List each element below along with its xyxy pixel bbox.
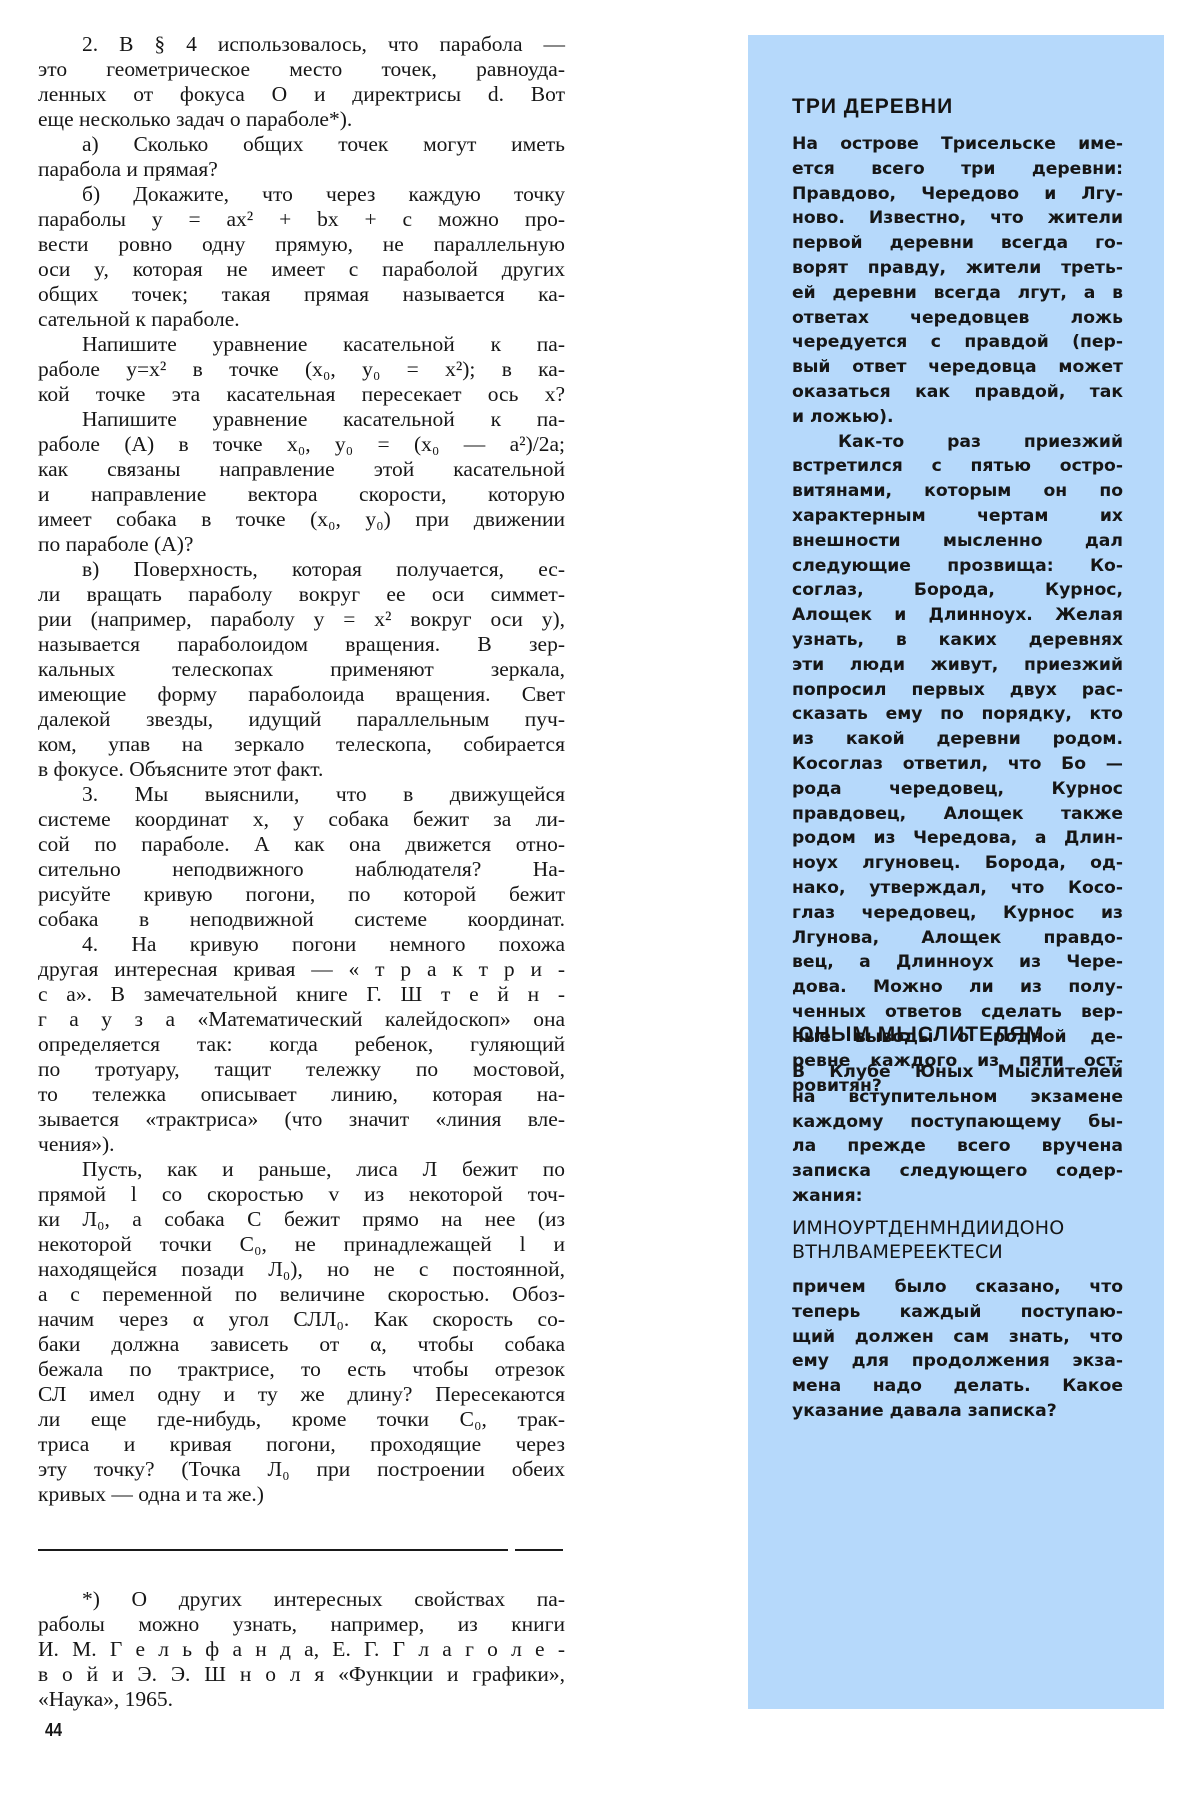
puzzle-text-line: из какой деревни родом. <box>792 727 1123 752</box>
puzzle-text-line: внешности мысленно дал <box>792 529 1123 554</box>
puzzle-text-line: ется всего три деревни: <box>792 157 1123 182</box>
puzzle-text-line: В Клубе Юных Мыслителей <box>792 1060 1123 1085</box>
text-line: кривых — одна и та же.) <box>38 1482 565 1507</box>
puzzle-text-line: каждому поступающему бы- <box>792 1110 1123 1135</box>
puzzle-text-line: ей деревни всегда лгут, а в <box>792 281 1123 306</box>
text-line: далекой звезды, идущий параллельным пуч- <box>38 707 565 732</box>
text-line: некоторой точки C₀, не принадлежащей l и <box>38 1232 565 1257</box>
puzzle-text-line: глаз чередовец, Курнос из <box>792 901 1123 926</box>
text-line: начим через α угол СЛЛ₀. Как скорость со… <box>38 1307 565 1332</box>
text-line: рии (например, параболу y = x² вокруг ос… <box>38 607 565 632</box>
text-line: 3. Мы выяснили, что в движущейся <box>38 782 565 807</box>
text-line: Напишите уравнение касательной к па- <box>38 332 565 357</box>
footnote-line: «Наука», 1965. <box>38 1687 565 1712</box>
text-line: баки должна зависеть от α, чтобы собака <box>38 1332 565 1357</box>
puzzle-text-line: рода чередовец, Курнос <box>792 777 1123 802</box>
text-line: называется параболоидом вращения. В зер- <box>38 632 565 657</box>
puzzle-text-line: соглаз, Борода, Курнос, <box>792 578 1123 603</box>
text-line: вести ровно одну прямую, не параллельную <box>38 232 565 257</box>
page-number: 44 <box>45 1720 62 1741</box>
text-line: раболе (A) в точке x₀, y₀ = (x₀ — a²)/2a… <box>38 432 565 457</box>
text-line: ли вращать параболу вокруг ее оси симмет… <box>38 582 565 607</box>
puzzle-title-young-thinkers: ЮНЫМ МЫСЛИТЕЛЯМ <box>792 1023 1044 1047</box>
text-line: ленных от фокуса O и директрисы d. Вот <box>38 82 565 107</box>
puzzle-text-line: Лгунова, Алощек правдо- <box>792 926 1123 951</box>
text-line: имеет собака в точке (x₀, y₀) при движен… <box>38 507 565 532</box>
puzzle-young-thinkers-intro: В Клубе Юных Мыслителейна вступительном … <box>792 1060 1123 1209</box>
puzzle-text-line: характерным чертам их <box>792 504 1123 529</box>
puzzle-text-line: попросил первых двух рас- <box>792 678 1123 703</box>
puzzle-text-line: чередуется с правдой (пер- <box>792 330 1123 355</box>
puzzle-text-line: ченных ответов сделать вер- <box>792 1000 1123 1025</box>
text-line: оси y, которая не имеет с параболой друг… <box>38 257 565 282</box>
puzzle-text-line: ему для продолжения экза- <box>792 1349 1123 1374</box>
puzzle-text-line: на вступительном экзамене <box>792 1085 1123 1110</box>
text-line: с а». В замечательной книге Г. Ш т е й н… <box>38 982 565 1007</box>
puzzle-text-line: Косоглаз ответил, что Бо — <box>792 752 1123 777</box>
text-line: в) Поверхность, которая получается, ес- <box>38 557 565 582</box>
puzzle-text-line: следующие прозвища: Ко- <box>792 554 1123 579</box>
footnote: *) О других интересных свойствах па-рабо… <box>38 1587 565 1712</box>
text-line: СЛ имел одну и ту же длину? Пересекаются <box>38 1382 565 1407</box>
puzzle-sidebar: ТРИ ДЕРЕВНИ На острове Трисельске име-ет… <box>748 35 1164 1709</box>
main-article-column: 2. В § 4 использовалось, что парабола —э… <box>38 32 565 1507</box>
text-line: ли еще где-нибудь, кроме точки C₀, трак- <box>38 1407 565 1432</box>
text-line: кой точке эта касательная пересекает ось… <box>38 382 565 407</box>
footnote-divider <box>38 1549 508 1551</box>
text-line: Пусть, как и раньше, лиса Л бежит по <box>38 1157 565 1182</box>
text-line: по тротуару, тащит тележку по мостовой, <box>38 1057 565 1082</box>
text-line: кальных телескопах применяют зеркала, <box>38 657 565 682</box>
text-line: Напишите уравнение касательной к па- <box>38 407 565 432</box>
puzzle-text-line: щий должен сам знать, что <box>792 1325 1123 1350</box>
puzzle-text-line: Правдово, Чередово и Лгу- <box>792 182 1123 207</box>
puzzle-text-line: вый ответ чередовца может <box>792 355 1123 380</box>
text-line: сительно неподвижного наблюдателя? На- <box>38 857 565 882</box>
puzzle-text-line: эти люди живут, приезжий <box>792 653 1123 678</box>
text-line: а) Сколько общих точек могут иметь <box>38 132 565 157</box>
text-line: г а у з а «Математический калейдоскоп» о… <box>38 1007 565 1032</box>
footnote-line: раболы можно узнать, например, из книги <box>38 1612 565 1637</box>
text-line: сой по параболе. А как она движется отно… <box>38 832 565 857</box>
text-line: ком, упав на зеркало телескопа, собирает… <box>38 732 565 757</box>
text-line: системе координат x, y собака бежит за л… <box>38 807 565 832</box>
text-line: еще несколько задач о параболе*). <box>38 107 565 132</box>
puzzle-text-line: и ложью). <box>792 405 1123 430</box>
puzzle-text-line: ворят правду, жители треть- <box>792 256 1123 281</box>
puzzle-text-line: Как-то раз приезжий <box>792 430 1123 455</box>
text-line: то тележка описывает линию, которая на- <box>38 1082 565 1107</box>
footnote-divider-end <box>515 1549 563 1551</box>
puzzle-text-line: дова. Можно ли из полу- <box>792 975 1123 1000</box>
puzzle-text-line: Алощек и Длинноух. Желая <box>792 603 1123 628</box>
coded-note-line: ВТНЛВАМЕРЕЕКТЕСИ <box>792 1240 1132 1264</box>
puzzle-title-three-villages: ТРИ ДЕРЕВНИ <box>792 95 953 119</box>
puzzle-text-line: сказать ему по порядку, кто <box>792 702 1123 727</box>
text-line: общих точек; такая прямая называется ка- <box>38 282 565 307</box>
text-line: в фокусе. Объясните этот факт. <box>38 757 565 782</box>
text-line: это геометрическое место точек, равноуда… <box>38 57 565 82</box>
puzzle-text-line: На острове Трисельске име- <box>792 132 1123 157</box>
text-line: раболе y=x² в точке (x₀, y₀ = x²); в ка- <box>38 357 565 382</box>
text-line: определяется так: когда ребенок, гуляющи… <box>38 1032 565 1057</box>
text-line: сательной к параболе. <box>38 307 565 332</box>
text-line: парабола и прямая? <box>38 157 565 182</box>
text-line: рисуйте кривую погони, по которой бежит <box>38 882 565 907</box>
text-line: а с переменной по величине скоростью. Об… <box>38 1282 565 1307</box>
footnote-line: И. М. Г е л ь ф а н д а, Е. Г. Г л а г о… <box>38 1637 565 1662</box>
puzzle-text-line: жания: <box>792 1184 1123 1209</box>
puzzle-text-line: витянами, которым он по <box>792 479 1123 504</box>
text-line: собака в неподвижной системе координат. <box>38 907 565 932</box>
puzzle-text-line: нако, утверждал, что Косо- <box>792 876 1123 901</box>
puzzle-young-thinkers-question: причем было сказано, чтотеперь каждый по… <box>792 1275 1123 1424</box>
text-line: 2. В § 4 использовалось, что парабола — <box>38 32 565 57</box>
puzzle-text-line: ноух лгуновец. Борода, од- <box>792 851 1123 876</box>
text-line: параболы y = ax² + bx + c можно про- <box>38 207 565 232</box>
text-line: ки Л₀, а собака C бежит прямо на нее (из <box>38 1207 565 1232</box>
puzzle-text-line: оказаться как правдой, так <box>792 380 1123 405</box>
text-line: б) Докажите, что через каждую точку <box>38 182 565 207</box>
text-line: другая интересная кривая — « т р а к т р… <box>38 957 565 982</box>
puzzle-text-line: ла прежде всего вручена <box>792 1134 1123 1159</box>
puzzle-text-line: указание давала записка? <box>792 1399 1123 1424</box>
text-line: 4. На кривую погони немного похожа <box>38 932 565 957</box>
footnote-line: *) О других интересных свойствах па- <box>38 1587 565 1612</box>
puzzle-three-villages-text: На острове Трисельске име-ется всего три… <box>792 132 1123 1099</box>
text-line: находящейся позади Л₀), но не с постоянн… <box>38 1257 565 1282</box>
puzzle-text-line: родом из Чередова, а Длин- <box>792 826 1123 851</box>
text-line: эту точку? (Точка Л₀ при построении обеи… <box>38 1457 565 1482</box>
puzzle-text-line: записка следующего содер- <box>792 1159 1123 1184</box>
text-line: имеющие форму параболоида вращения. Свет <box>38 682 565 707</box>
coded-note: ИМНОУРТДЕНМНДИИДОНОВТНЛВАМЕРЕЕКТЕСИ <box>792 1216 1132 1264</box>
puzzle-text-line: ответах чередовцев ложь <box>792 306 1123 331</box>
puzzle-text-line: встретился с пятью остро- <box>792 454 1123 479</box>
text-line: как связаны направление этой касательной <box>38 457 565 482</box>
puzzle-text-line: ново. Известно, что жители <box>792 206 1123 231</box>
text-line: по параболе (A)? <box>38 532 565 557</box>
text-line: зывается «трактриса» (что значит «линия … <box>38 1107 565 1132</box>
puzzle-text-line: вец, а Длинноух из Чере- <box>792 950 1123 975</box>
puzzle-text-line: мена надо делать. Какое <box>792 1374 1123 1399</box>
text-line: прямой l со скоростью v из некоторой точ… <box>38 1182 565 1207</box>
text-line: чения»). <box>38 1132 565 1157</box>
puzzle-text-line: теперь каждый поступаю- <box>792 1300 1123 1325</box>
text-line: бежала по трактрисе, то есть чтобы отрез… <box>38 1357 565 1382</box>
coded-note-line: ИМНОУРТДЕНМНДИИДОНО <box>792 1216 1132 1240</box>
puzzle-text-line: правдовец, Алощек также <box>792 802 1123 827</box>
footnote-line: в о й и Э. Э. Ш н о л я «Функции и графи… <box>38 1662 565 1687</box>
puzzle-text-line: первой деревни всегда го- <box>792 231 1123 256</box>
text-line: и направление вектора скорости, которую <box>38 482 565 507</box>
text-line: триса и кривая погони, проходящие через <box>38 1432 565 1457</box>
puzzle-text-line: узнать, в каких деревнях <box>792 628 1123 653</box>
puzzle-text-line: причем было сказано, что <box>792 1275 1123 1300</box>
